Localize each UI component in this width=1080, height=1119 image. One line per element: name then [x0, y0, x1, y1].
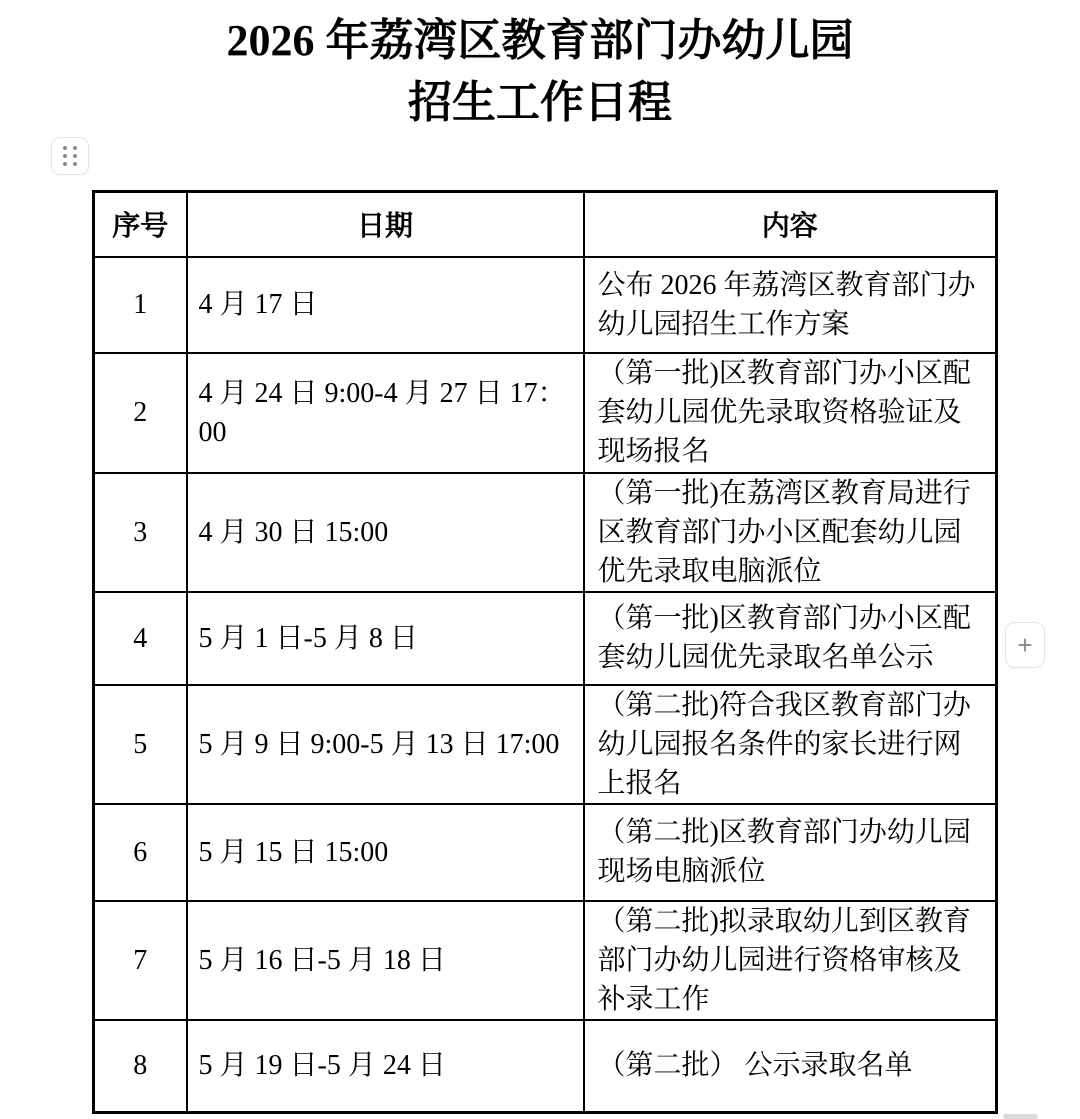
table-row: 6 5 月 15 日 15:00 （第二批)区教育部门办幼儿园现场电脑派位 — [94, 804, 997, 901]
scrollbar-thumb[interactable] — [1003, 1114, 1038, 1119]
table-row: 4 5 月 1 日-5 月 8 日 （第一批)区教育部门办小区配套幼儿园优先录取… — [94, 592, 997, 685]
cell-content[interactable]: （第二批)符合我区教育部门办幼儿园报名条件的家长进行网上报名 — [584, 685, 997, 804]
enrollment-schedule-table: 序号 日期 内容 1 4 月 17 日 公布 2026 年荔湾区教育部门办幼儿园… — [92, 190, 998, 1114]
cell-content[interactable]: （第一批)在荔湾区教育局进行区教育部门办小区配套幼儿园优先录取电脑派位 — [584, 473, 997, 592]
cell-no[interactable]: 7 — [94, 901, 187, 1020]
cell-date[interactable]: 5 月 9 日 9:00-5 月 13 日 17:00 — [187, 685, 584, 804]
cell-content[interactable]: （第二批） 公示录取名单 — [584, 1020, 997, 1113]
plus-icon: + — [1017, 630, 1032, 661]
cell-date[interactable]: 5 月 19 日-5 月 24 日 — [187, 1020, 584, 1113]
cell-no[interactable]: 8 — [94, 1020, 187, 1113]
cell-content[interactable]: 公布 2026 年荔湾区教育部门办幼儿园招生工作方案 — [584, 257, 997, 353]
table-row: 3 4 月 30 日 15:00 （第一批)在荔湾区教育局进行区教育部门办小区配… — [94, 473, 997, 592]
cell-date[interactable]: 4 月 30 日 15:00 — [187, 473, 584, 592]
cell-no[interactable]: 5 — [94, 685, 187, 804]
table-row: 8 5 月 19 日-5 月 24 日 （第二批） 公示录取名单 — [94, 1020, 997, 1113]
cell-date[interactable]: 4 月 24 日 9:00-4 月 27 日 17：00 — [187, 353, 584, 473]
table-header-row: 序号 日期 内容 — [94, 192, 997, 257]
add-column-button[interactable]: + — [1005, 622, 1045, 668]
document-page: 2026 年荔湾区教育部门办幼儿园 招生工作日程 序号 日期 内容 1 4 月 … — [0, 0, 1080, 1119]
cell-date[interactable]: 5 月 1 日-5 月 8 日 — [187, 592, 584, 685]
cell-content[interactable]: （第一批)区教育部门办小区配套幼儿园优先录取资格验证及现场报名 — [584, 353, 997, 473]
header-cell-no[interactable]: 序号 — [94, 192, 187, 257]
cell-date[interactable]: 5 月 16 日-5 月 18 日 — [187, 901, 584, 1020]
header-cell-date[interactable]: 日期 — [187, 192, 584, 257]
drag-handle-icon — [63, 146, 78, 167]
cell-date[interactable]: 4 月 17 日 — [187, 257, 584, 353]
cell-content[interactable]: （第二批)拟录取幼儿到区教育部门办幼儿园进行资格审核及补录工作 — [584, 901, 997, 1020]
table-row: 2 4 月 24 日 9:00-4 月 27 日 17：00 （第一批)区教育部… — [94, 353, 997, 473]
table-row: 1 4 月 17 日 公布 2026 年荔湾区教育部门办幼儿园招生工作方案 — [94, 257, 997, 353]
cell-no[interactable]: 6 — [94, 804, 187, 901]
table-drag-handle-button[interactable] — [51, 137, 89, 175]
cell-no[interactable]: 4 — [94, 592, 187, 685]
cell-no[interactable]: 2 — [94, 353, 187, 473]
document-title-line2: 招生工作日程 — [0, 72, 1080, 134]
table-row: 7 5 月 16 日-5 月 18 日 （第二批)拟录取幼儿到区教育部门办幼儿园… — [94, 901, 997, 1020]
cell-content[interactable]: （第二批)区教育部门办幼儿园现场电脑派位 — [584, 804, 997, 901]
cell-no[interactable]: 1 — [94, 257, 187, 353]
table-row: 5 5 月 9 日 9:00-5 月 13 日 17:00 （第二批)符合我区教… — [94, 685, 997, 804]
cell-content[interactable]: （第一批)区教育部门办小区配套幼儿园优先录取名单公示 — [584, 592, 997, 685]
document-title: 2026 年荔湾区教育部门办幼儿园 招生工作日程 — [0, 10, 1080, 134]
cell-no[interactable]: 3 — [94, 473, 187, 592]
document-title-line1: 2026 年荔湾区教育部门办幼儿园 — [0, 10, 1080, 72]
cell-date[interactable]: 5 月 15 日 15:00 — [187, 804, 584, 901]
header-cell-content[interactable]: 内容 — [584, 192, 997, 257]
